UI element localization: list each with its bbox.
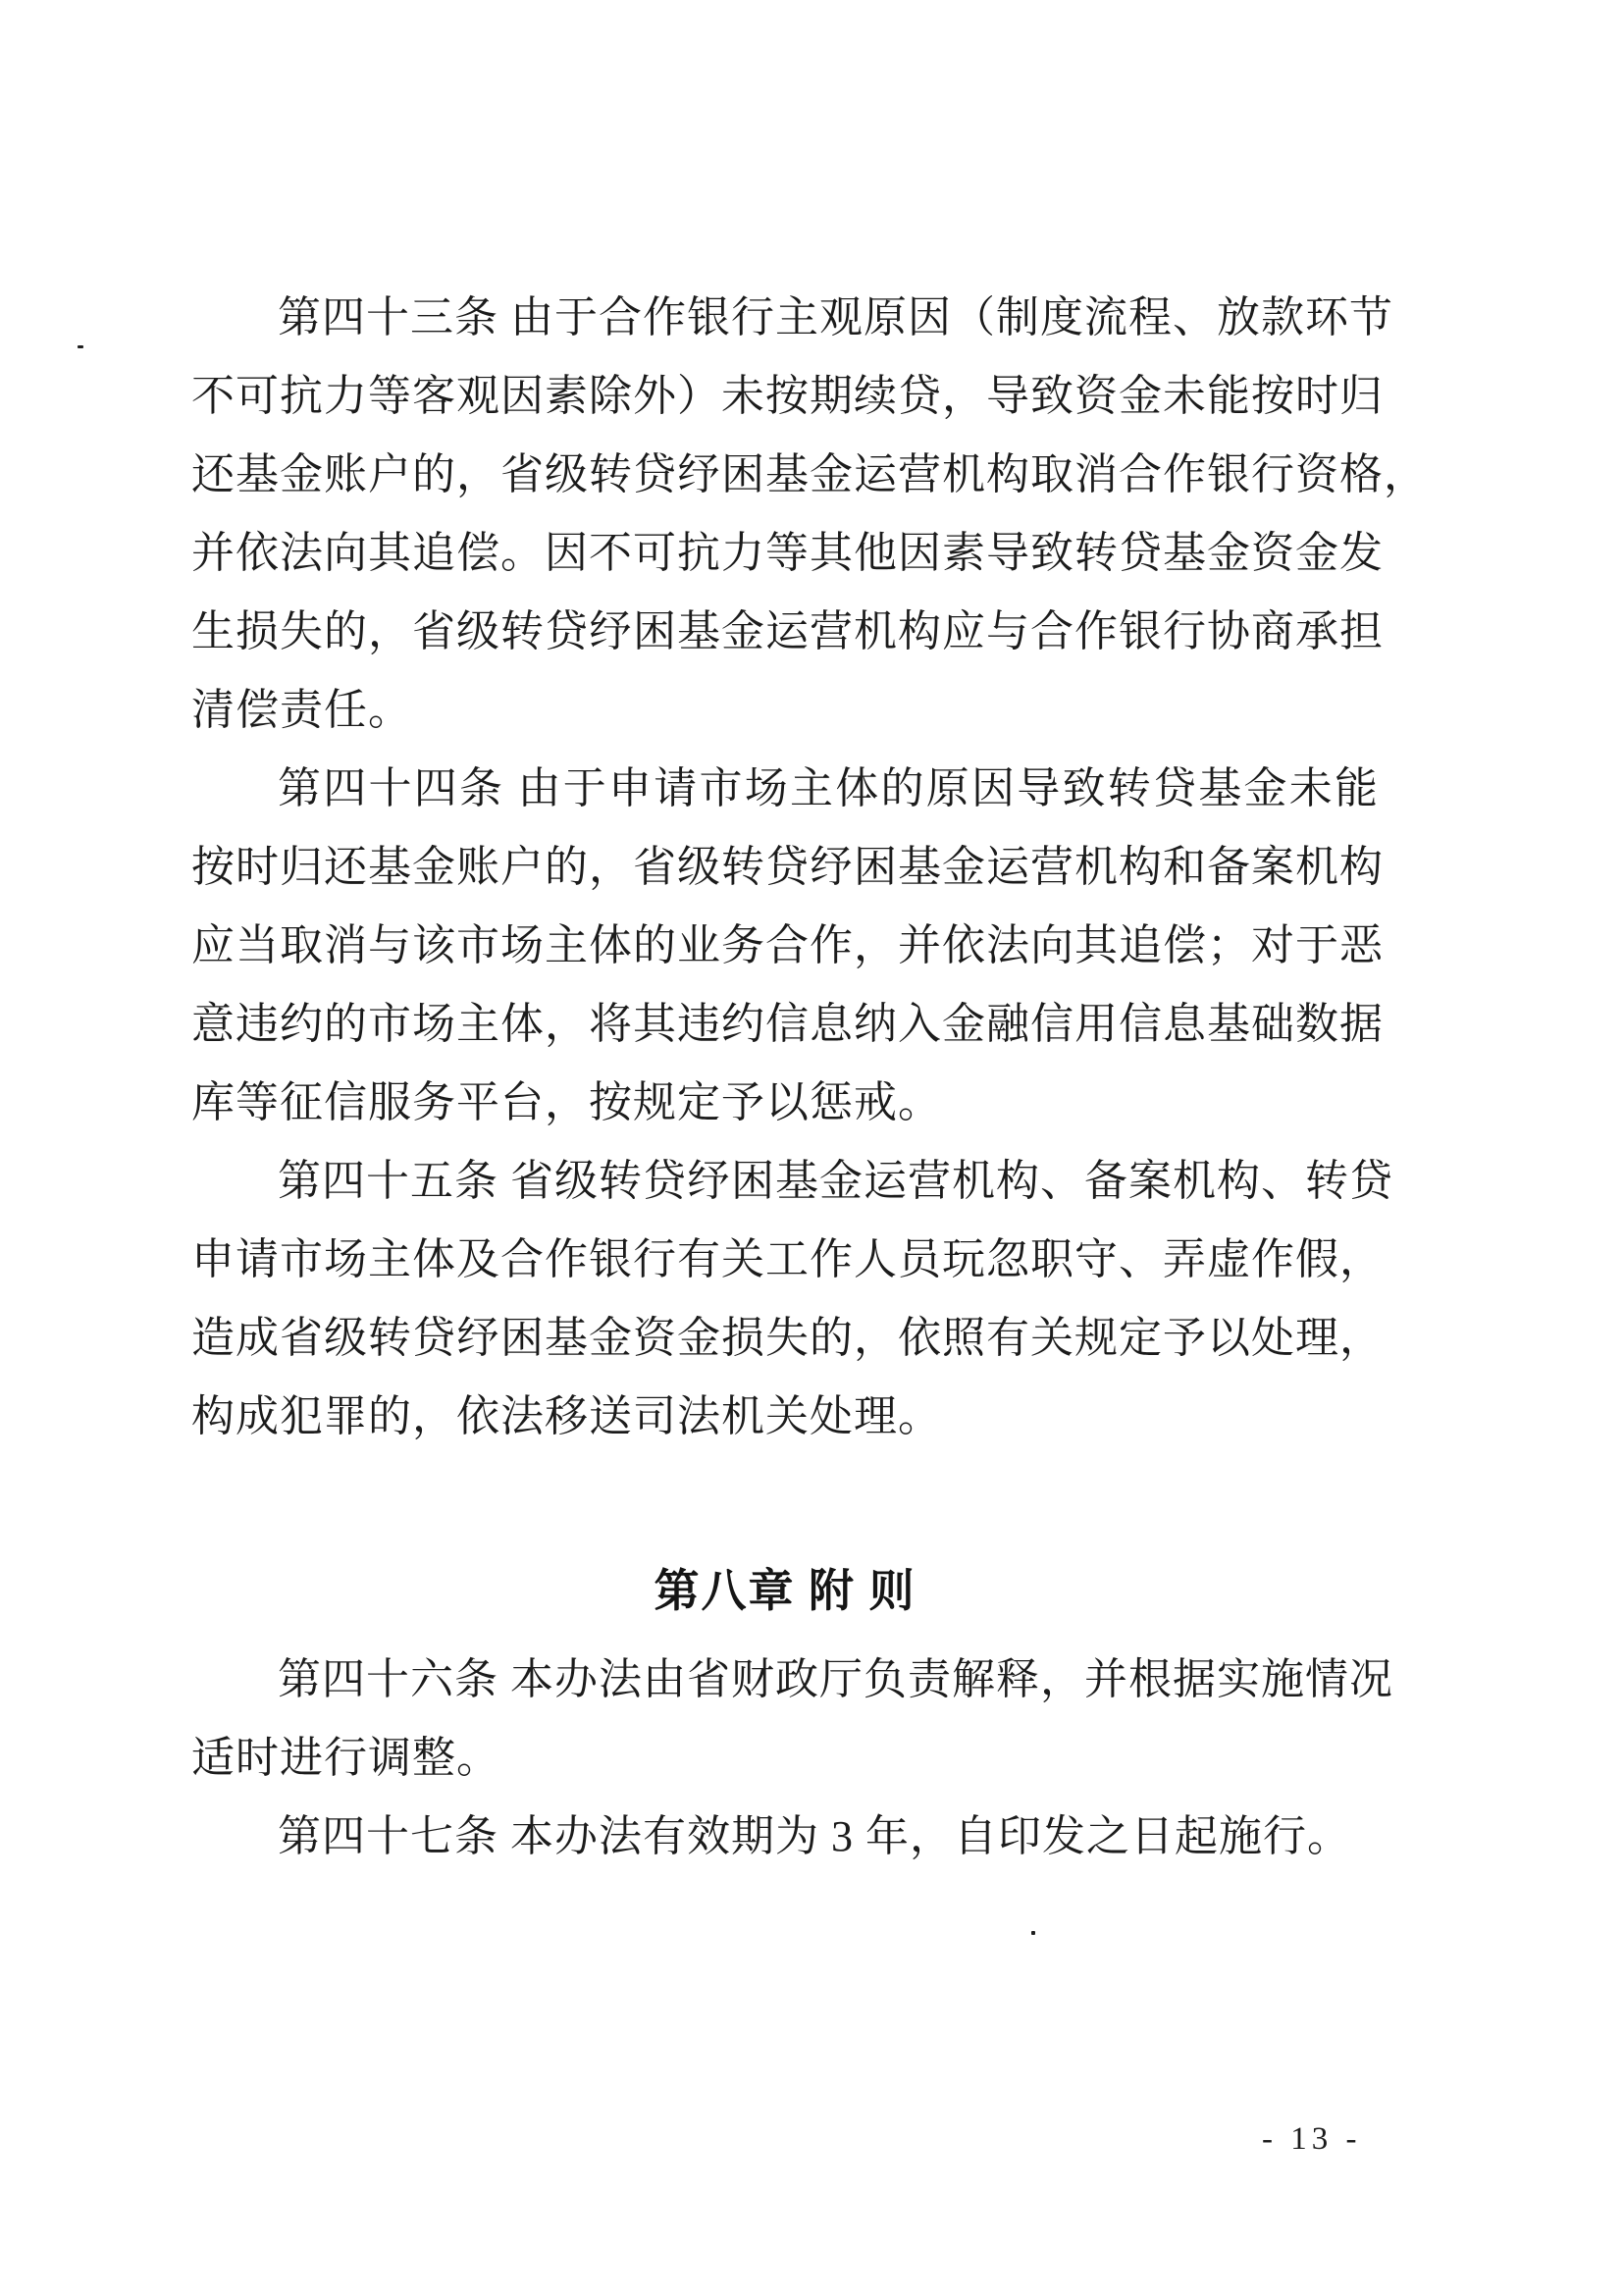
- text-line: 造成省级转贷纾困基金资金损失的，依照有关规定予以处理，: [191, 1299, 1379, 1378]
- document-body: 第四十三条 由于合作银行主观原因（制度流程、放款环节不可抗力等客观因素除外）未按…: [191, 279, 1379, 1876]
- text-line: 还基金账户的，省级转贷纾困基金运营机构取消合作银行资格，: [191, 436, 1379, 514]
- text-line: 应当取消与该市场主体的业务合作，并依法向其追偿；对于恶: [191, 907, 1379, 985]
- scan-speck: [1031, 1931, 1035, 1935]
- text-line: 意违约的市场主体，将其违约信息纳入金融信用信息基础数据: [191, 985, 1379, 1064]
- chapter-8-heading: 第八章 附 则: [191, 1552, 1379, 1631]
- text-line: 第四十三条 由于合作银行主观原因（制度流程、放款环节: [191, 279, 1379, 357]
- text-line: 生损失的，省级转贷纾困基金运营机构应与合作银行协商承担: [191, 593, 1379, 671]
- text-line: 第四十四条 由于申请市场主体的原因导致转贷基金未能: [191, 750, 1379, 828]
- scan-speck: [78, 345, 83, 348]
- text-line: 不可抗力等客观因素除外）未按期续贷，导致资金未能按时归: [191, 357, 1379, 436]
- text-line: 第四十七条 本办法有效期为 3 年，自印发之日起施行。: [191, 1798, 1379, 1876]
- article-43-paragraph: 第四十三条 由于合作银行主观原因（制度流程、放款环节不可抗力等客观因素除外）未按…: [191, 279, 1379, 750]
- text-line: 第四十五条 省级转贷纾困基金运营机构、备案机构、转贷: [191, 1142, 1379, 1221]
- article-44-paragraph: 第四十四条 由于申请市场主体的原因导致转贷基金未能按时归还基金账户的，省级转贷纾…: [191, 750, 1379, 1142]
- text-line: 并依法向其追偿。因不可抗力等其他因素导致转贷基金资金发: [191, 514, 1379, 593]
- article-45-paragraph: 第四十五条 省级转贷纾困基金运营机构、备案机构、转贷申请市场主体及合作银行有关工…: [191, 1142, 1379, 1456]
- text-line: 库等征信服务平台，按规定予以惩戒。: [191, 1064, 1379, 1142]
- text-line: 申请市场主体及合作银行有关工作人员玩忽职守、弄虚作假，: [191, 1221, 1379, 1299]
- text-line: 清偿责任。: [191, 671, 1379, 750]
- text-line: 适时进行调整。: [191, 1719, 1379, 1798]
- text-line: 按时归还基金账户的，省级转贷纾困基金运营机构和备案机构: [191, 828, 1379, 907]
- article-47-paragraph: 第四十七条 本办法有效期为 3 年，自印发之日起施行。: [191, 1798, 1379, 1876]
- page-number: - 13 -: [1262, 2121, 1361, 2158]
- article-46-paragraph: 第四十六条 本办法由省财政厅负责解释，并根据实施情况适时进行调整。: [191, 1641, 1379, 1798]
- text-line: 构成犯罪的，依法移送司法机关处理。: [191, 1378, 1379, 1456]
- document-page: 第四十三条 由于合作银行主观原因（制度流程、放款环节不可抗力等客观因素除外）未按…: [0, 0, 1623, 2296]
- text-line: 第四十六条 本办法由省财政厅负责解释，并根据实施情况: [191, 1641, 1379, 1719]
